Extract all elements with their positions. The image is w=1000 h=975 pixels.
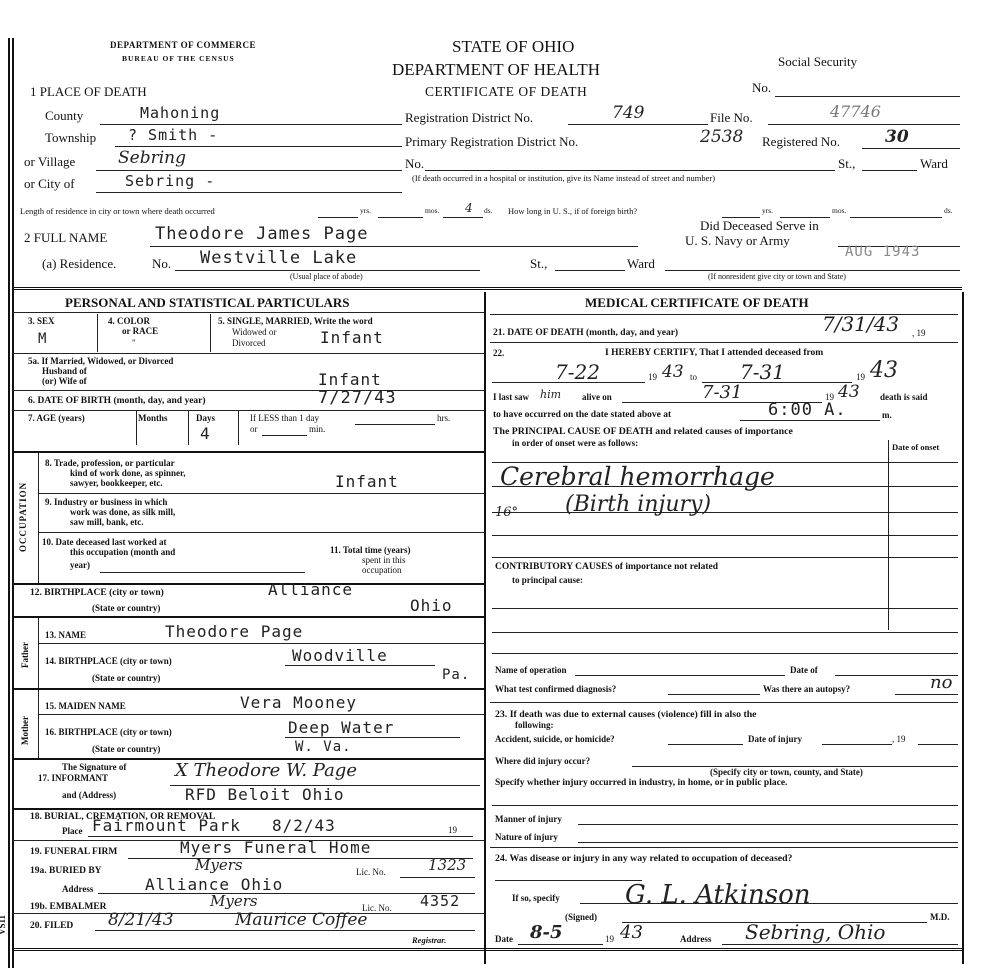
occupation-related-label: 24. Was disease or injury in any way rel… [495, 853, 792, 864]
file-no-line [768, 124, 960, 125]
buried-lic-line [400, 877, 475, 878]
days-value: 4 [200, 424, 211, 443]
days-less-divider [238, 411, 239, 445]
time-value: 6:00 A. [768, 400, 847, 420]
county-value: Mahoning [140, 104, 220, 122]
us-yrs: yrs. [762, 206, 773, 215]
village-value: Sebring [118, 148, 186, 168]
burial-place-label: Place [62, 826, 83, 836]
sign-date-value: 8-5 [530, 922, 563, 943]
marital-label-1: 5. SINGLE, MARRIED, Write the word [218, 316, 373, 326]
to-year-prefix: 19 [856, 372, 865, 382]
filed-label: 20. FILED [30, 921, 73, 931]
burial-date-value: 8/2/43 [272, 816, 336, 835]
injury-date-line [822, 744, 892, 745]
mother-maiden-rule [38, 714, 484, 715]
external-label-1: 23. If death was due to external causes … [495, 709, 757, 720]
color-value: " [132, 338, 136, 348]
attended-to-value: 7-31 [740, 360, 785, 384]
birthplace-state-value: Ohio [410, 596, 453, 615]
nature-line [578, 842, 958, 843]
left-margin-rule-2 [12, 38, 14, 968]
residence-line [175, 270, 480, 271]
embalmer-lic-value: 4352 [420, 892, 460, 910]
spouse-label-2: Husband of [42, 366, 87, 376]
us-ds: ds. [944, 206, 953, 215]
father-birthplace-label: 14. BIRTHPLACE (city or town) [45, 656, 172, 666]
last-worked-label-1: 10. Date deceased last worked at [42, 537, 166, 547]
last-worked-label-3: year) [70, 560, 90, 570]
residence-no-label: No. [152, 256, 171, 272]
injury-year-prefix: , 19 [892, 734, 906, 744]
buried-lic-value: 1323 [428, 856, 466, 874]
mother-side-label: Mother [20, 716, 30, 745]
sex-divider [97, 314, 98, 352]
attended-from-line [492, 382, 645, 383]
marital-value: Infant [320, 328, 384, 347]
residence-ward-line [665, 270, 960, 271]
contrib-label-2: to principal cause: [512, 575, 583, 585]
father-name-label: 13. NAME [45, 630, 86, 640]
street-ward-label: Ward [920, 156, 948, 172]
attended-from-value: 7-22 [555, 360, 600, 384]
registered-no-label: Registered No. [762, 134, 840, 150]
signed-label: (Signed) [565, 912, 597, 922]
nonresident-note: (If nonresident give city or town and St… [708, 272, 846, 281]
total-time-label-2: spent in this [362, 555, 406, 565]
contrib-line-1 [492, 608, 958, 609]
injury-date-label: Date of injury [748, 734, 802, 744]
dod-label: 21. DATE OF DEATH (month, day, and year) [493, 328, 678, 338]
city-value: Sebring - [125, 172, 215, 190]
place-of-death-label: 1 PLACE OF DEATH [30, 84, 147, 100]
physician-address-value: Sebring, Ohio [745, 920, 885, 944]
dob-value: 7/27/43 [318, 388, 397, 408]
buried-by-value: Myers [195, 856, 243, 874]
birthplace-label: 12. BIRTHPLACE (city or town) [30, 588, 164, 598]
min-label: min. [309, 424, 325, 434]
township-value: ? Smith - [128, 126, 218, 144]
reg-district-line [568, 124, 708, 125]
embalmer-value: Myers [210, 892, 258, 910]
full-name-line [150, 246, 638, 247]
burial-place-value: Fairmount Park [92, 816, 241, 835]
mother-birthplace-line [285, 737, 460, 738]
father-bottom-rule [12, 688, 484, 690]
mother-birthplace-label: 16. BIRTHPLACE (city or town) [45, 727, 172, 737]
autopsy-line [895, 694, 958, 695]
state-title: STATE OF OHIO [452, 37, 574, 57]
row-5a-rule [12, 390, 484, 391]
physician-signature: G. L. Atkinson [625, 880, 811, 910]
months-label: Months [138, 413, 168, 423]
to-year-value: 43 [870, 358, 898, 383]
birthplace-bottom-rule [12, 616, 484, 618]
total-time-label-3: occupation [362, 565, 402, 575]
county-line [100, 124, 402, 125]
military-label-2: U. S. Navy or Army [685, 233, 790, 249]
registrar-label: Registrar. [412, 935, 446, 945]
full-name-value: Theodore James Page [155, 224, 368, 244]
last-worked-label-2: this occupation (month and [70, 547, 175, 557]
occurred-label: to have occurred on the date stated abov… [493, 410, 671, 420]
burial-address-label: Address [62, 884, 93, 894]
residence-mos-line [378, 217, 423, 218]
us-ds-line [850, 217, 942, 218]
contrib-label-1: CONTRIBUTORY CAUSES of importance not re… [495, 562, 718, 572]
trade-label-2: kind of work done, as spinner, [70, 468, 185, 478]
registered-no-line [862, 148, 960, 149]
registered-no-value: 30 [885, 127, 909, 147]
township-line [115, 146, 402, 147]
spouse-label-3: (or) Wife of [42, 376, 87, 386]
cause-label-1: The PRINCIPAL CAUSE OF DEATH and related… [493, 426, 793, 437]
age-label: 7. AGE (years) [28, 413, 85, 423]
residence-mos: mos. [425, 206, 439, 215]
last-saw-label: I last saw [493, 392, 529, 402]
contrib-line-3 [492, 653, 958, 654]
residence-label: (a) Residence. [42, 256, 116, 272]
mother-state-value: W. Va. [295, 739, 352, 755]
funeral-firm-line [128, 858, 473, 859]
father-name-rule [38, 643, 484, 644]
marital-label-2: Widowed or [232, 327, 276, 337]
from-year-value: 43 [662, 362, 684, 382]
date-of-label: Date of [790, 665, 818, 675]
cause-line-2-value: (Birth injury) [565, 492, 711, 517]
row-6-rule [12, 410, 484, 411]
military-label-1: Did Deceased Serve in [700, 218, 819, 234]
city-label: or City of [24, 176, 75, 192]
row-3-rule [12, 353, 484, 354]
length-residence-label: Length of residence in city or town wher… [20, 206, 215, 216]
buried-lic-label: Lic. No. [356, 867, 386, 877]
file-no-label: File No. [710, 110, 753, 126]
received-stamp: AUG 1943 [845, 244, 920, 260]
personal-title-rule [12, 312, 484, 313]
spouse-value: Infant [318, 370, 382, 389]
residence-ds-line [443, 217, 483, 218]
manner-line [578, 824, 958, 825]
color-label-2: or RACE [122, 326, 158, 336]
date-onset-label: Date of onset [892, 442, 939, 452]
right-border [962, 292, 964, 964]
mother-state-label: (State or country) [92, 744, 160, 754]
injury-year-line [918, 744, 958, 745]
father-birthplace-value: Woodville [292, 646, 388, 665]
informant-label-1: The Signature of [62, 762, 126, 772]
nature-rule [490, 847, 958, 848]
reg-district-value: 749 [612, 103, 644, 123]
dod-value: 7/31/43 [822, 312, 899, 336]
trade-label-3: sawyer, bookkeeper, etc. [70, 478, 163, 488]
usual-abode-note: (Usual place of abode) [290, 272, 363, 281]
certify-label: I HEREBY CERTIFY, That I attended deceas… [605, 348, 823, 358]
street-no-label: No. [405, 156, 424, 172]
how-long-us-label: How long in U. S., if of foreign birth? [508, 206, 637, 216]
residence-ds-value: 4 [465, 201, 473, 215]
father-side-divider [38, 618, 39, 688]
industry-rule [38, 532, 484, 533]
last-saw-year: 43 [838, 382, 860, 402]
last-saw-who: him [540, 388, 561, 401]
ward-line [862, 170, 917, 171]
cause-line-2 [492, 486, 958, 487]
less-day-label: If LESS than 1 day [250, 413, 319, 423]
autopsy-value: no [930, 672, 952, 693]
total-time-label-1: 11. Total time (years) [330, 545, 411, 555]
left-margin-rule [8, 38, 10, 968]
industry-label-1: 9. Industry or business in which [45, 497, 167, 507]
trade-label-1: 8. Trade, profession, or particular [45, 458, 175, 468]
residence-ward-label: Ward [627, 256, 655, 272]
last-saw-date: 7-31 [702, 382, 742, 403]
buried-by-label: 19a. BURIED BY [30, 866, 102, 876]
cause-label-2: in order of onset were as follows: [512, 438, 638, 448]
row-7-rule [12, 451, 484, 453]
specify-city-note: (Specify city or town, county, and State… [710, 767, 863, 777]
specify-place-label: Specify whether injury occurred in indus… [495, 778, 787, 788]
to-label: to [690, 372, 697, 382]
father-state-label: (State or country) [92, 673, 160, 683]
dob-label: 6. DATE OF BIRTH (month, day, and year) [28, 396, 206, 406]
cause-line-3 [492, 512, 958, 513]
dod-suffix: , 19 [912, 328, 926, 338]
min-line [262, 435, 307, 436]
mother-birthplace-value: Deep Water [288, 718, 394, 737]
certify-num: 22. [493, 348, 504, 358]
sex-label: 3. SEX [28, 316, 55, 326]
sign-date-line [518, 944, 603, 945]
residence-ds: ds. [484, 206, 493, 215]
bureau-census: BUREAU OF THE CENSUS [122, 54, 235, 63]
occupation-side-label: OCCUPATION [18, 482, 28, 552]
months-days-divider [188, 411, 189, 445]
informant-label-2: 17. INFORMANT [38, 773, 108, 783]
funeral-firm-label: 19. FUNERAL FIRM [30, 847, 117, 857]
ss-no-label: No. [752, 80, 771, 96]
us-mos: mos. [832, 206, 846, 215]
funeral-firm-value: Myers Funeral Home [180, 838, 371, 857]
industry-label-2: work was done, as silk mill, [70, 507, 175, 517]
file-no-value: 47746 [830, 102, 881, 121]
informant-address-value: RFD Beloit Ohio [185, 785, 345, 804]
trade-value: Infant [335, 472, 399, 491]
medical-title: MEDICAL CERTIFICATE OF DEATH [585, 295, 809, 311]
informant-bottom-rule [12, 808, 484, 810]
nature-label: Nature of injury [495, 832, 558, 842]
birthplace-state-label: (State or country) [92, 603, 160, 613]
ss-no-line [775, 96, 960, 97]
filed-value: 8/21/43 [108, 910, 174, 930]
city-line [96, 192, 402, 193]
test-label: What test confirmed diagnosis? [495, 684, 616, 694]
social-security-label: Social Security [778, 54, 857, 70]
residence-value: Westville Lake [200, 248, 357, 268]
column-divider [484, 292, 486, 964]
margin-code: VS11 [0, 915, 7, 935]
contrib-line-2 [492, 632, 958, 633]
embalmer-label: 19b. EMBALMER [30, 902, 107, 912]
hrs-label: hrs. [437, 413, 450, 423]
autopsy-rule [490, 702, 958, 703]
industry-label-3: saw mill, bank, etc. [70, 517, 144, 527]
marital-label-3: Divorced [232, 338, 266, 348]
residence-yrs-line [318, 217, 358, 218]
county-label: County [45, 108, 83, 124]
alive-on-label: alive on [582, 392, 612, 402]
village-line [96, 170, 402, 171]
spouse-label-1: 5a. If Married, Widowed, or Divorced [28, 356, 173, 366]
street-line [425, 170, 835, 171]
autopsy-label: Was there an autopsy? [763, 684, 850, 694]
if-so-label: If so, specify [512, 893, 560, 903]
street-st-label: St., [838, 156, 855, 172]
age-months-divider [136, 411, 137, 445]
accident-label: Accident, suicide, or homicide? [495, 734, 615, 744]
where-label: Where did injury occur? [495, 756, 590, 766]
birthplace-city-value: Alliance [268, 580, 353, 599]
m-label: m. [882, 410, 892, 420]
burial-place-line [88, 836, 473, 837]
primary-reg-label: Primary Registration District No. [405, 134, 578, 150]
physician-address-line [722, 944, 958, 945]
from-year-prefix: 19 [648, 372, 657, 382]
reg-district-label: Registration District No. [405, 110, 533, 126]
trade-rule [38, 493, 484, 494]
days-label: Days [196, 413, 215, 423]
cause-line-4 [492, 535, 958, 536]
test-line [668, 694, 760, 695]
time-line [740, 420, 880, 421]
dept-commerce: DEPARTMENT OF COMMERCE [110, 40, 256, 50]
header-divider [12, 287, 962, 290]
external-label-2: following: [515, 720, 554, 730]
bottom-border [12, 948, 962, 951]
cause-line-5 [492, 557, 958, 558]
informant-signature: X Theodore W. Page [175, 760, 357, 781]
occupation-side-divider [38, 453, 39, 583]
operation-label: Name of operation [495, 665, 567, 675]
or-label: or [250, 424, 258, 434]
primary-reg-value: 2538 [700, 127, 743, 147]
physician-address-label: Address [680, 934, 711, 944]
death-said-label: death is said [880, 392, 928, 402]
sign-year-prefix: 19 [605, 934, 614, 944]
dept-health-title: DEPARTMENT OF HEALTH [392, 60, 600, 80]
sign-date-label: Date [495, 934, 513, 944]
operation-line [575, 675, 785, 676]
father-name-value: Theodore Page [165, 622, 303, 641]
residence-yrs: yrs. [360, 206, 371, 215]
father-side-label: Father [20, 642, 30, 668]
md-suffix: M.D. [930, 912, 950, 922]
sex-value: M [38, 331, 47, 347]
hospital-note: (If death occurred in a hospital or inst… [412, 173, 715, 183]
full-name-label: 2 FULL NAME [24, 230, 107, 246]
burial-year-suffix: 19 [448, 825, 457, 835]
manner-label: Manner of injury [495, 814, 562, 824]
father-birthplace-line [285, 665, 435, 666]
township-label: Township [45, 130, 96, 146]
village-label: or Village [24, 154, 75, 170]
certificate-title: CERTIFICATE OF DEATH [425, 84, 587, 100]
residence-st-label: St., [530, 256, 547, 272]
hrs-line [355, 424, 435, 425]
color-divider [210, 314, 211, 352]
burial-address-line [98, 893, 475, 894]
filed-line [95, 930, 475, 931]
last-worked-line [100, 572, 305, 573]
registrar-signature: Maurice Coffee [235, 910, 367, 930]
residence-st-line [555, 270, 625, 271]
occupation-related-line [495, 880, 642, 881]
informant-label-3: and (Address) [62, 790, 116, 800]
sign-year-value: 43 [620, 922, 643, 943]
dod-rule [490, 342, 958, 343]
occupation-bottom-rule [12, 583, 484, 585]
father-state-value: Pa. [442, 667, 470, 683]
mother-maiden-label: 15. MAIDEN NAME [45, 701, 126, 711]
color-label-1: 4. COLOR [108, 316, 150, 326]
mother-maiden-value: Vera Mooney [240, 693, 357, 712]
mother-side-divider [38, 690, 39, 758]
accident-line [668, 744, 743, 745]
specify-place-line [492, 805, 958, 806]
personal-title: PERSONAL AND STATISTICAL PARTICULARS [65, 295, 350, 311]
